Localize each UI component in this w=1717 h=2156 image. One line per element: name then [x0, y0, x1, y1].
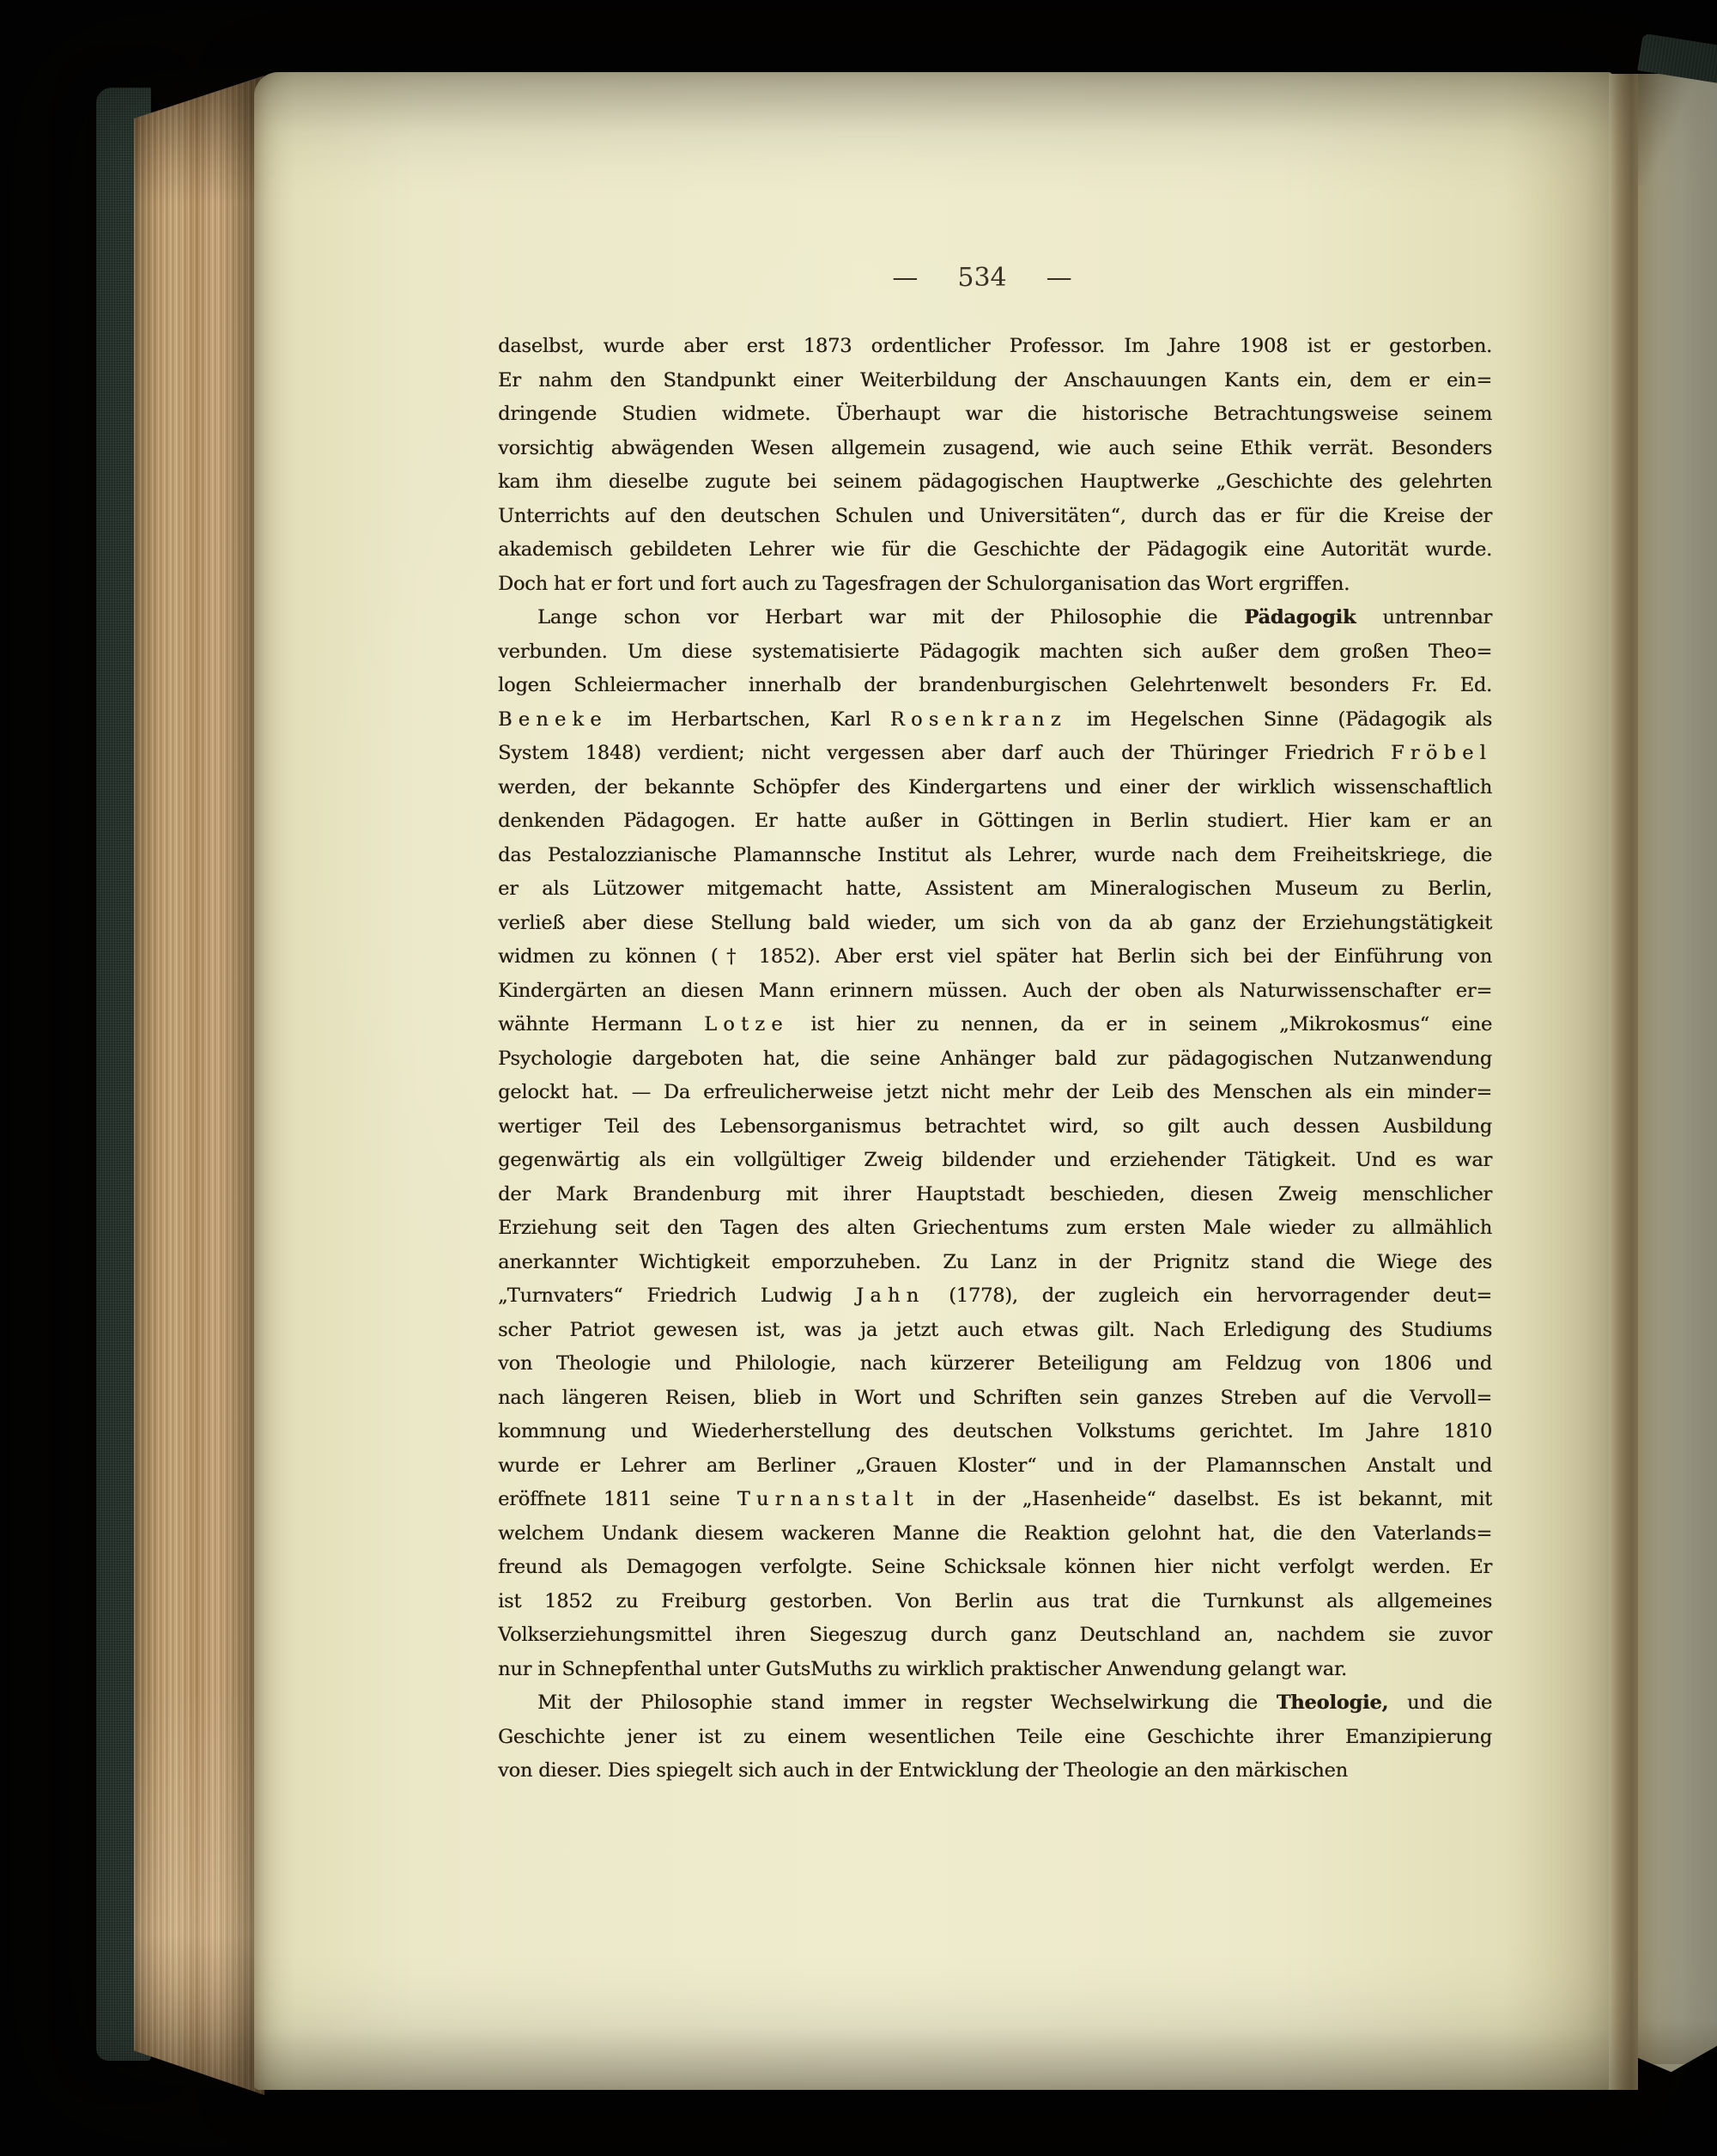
text-run: anerkannter Wichtigkeit emporzuheben. Zu… [498, 1251, 1492, 1273]
text-run: wähnte Hermann [498, 1013, 704, 1035]
text-run: nach längeren Reisen, blieb in Wort und … [498, 1387, 1492, 1409]
text-run: ist 1852 zu Freiburg gestorben. Von Berl… [498, 1590, 1492, 1612]
text-line: Lange schon vor Herbart war mit der Phil… [498, 601, 1492, 635]
text-run: scher Patriot gewesen ist, was ja jetzt … [498, 1319, 1492, 1341]
letterspaced-name: Rosenkranz [890, 708, 1067, 731]
text-line: freund als Demagogen verfolgte. Seine Sc… [498, 1551, 1492, 1585]
header-dash-right: — [1047, 263, 1072, 293]
text-run: vorsichtig abwägenden Wesen allgemein zu… [498, 437, 1492, 459]
text-run: eröffnete 1811 seine [498, 1488, 737, 1510]
text-run: wertiger Teil des Lebensorganismus betra… [498, 1115, 1492, 1138]
text-run: kam ihm dieselbe zugute bei seinem pädag… [498, 471, 1492, 493]
text-run: Geschichte jener ist zu einem wesentlich… [498, 1726, 1492, 1748]
text-line: der Mark Brandenburg mit ihrer Hauptstad… [498, 1178, 1492, 1212]
text-run: untrennbar [1356, 606, 1492, 629]
text-run: Lange schon vor Herbart war mit der Phil… [537, 606, 1244, 629]
text-line: wertiger Teil des Lebensorganismus betra… [498, 1110, 1492, 1145]
gutter-shadow [1609, 74, 1638, 2090]
text-run: Doch hat er fort und fort auch zu Tagesf… [498, 573, 1350, 595]
text-line: akademisch gebildeten Lehrer wie für die… [498, 533, 1492, 568]
text-line: verließ aber diese Stellung bald wieder,… [498, 907, 1492, 941]
text-block: daselbst, wurde aber erst 1873 ordentlic… [498, 330, 1492, 1789]
text-line: dringende Studien widmete. Überhaupt war… [498, 398, 1492, 432]
text-line: gelockt hat. — Da erfreulicherweise jetz… [498, 1076, 1492, 1110]
text-run: er als Lützower mitgemacht hatte, Assist… [498, 878, 1492, 900]
text-line: vorsichtig abwägenden Wesen allgemein zu… [498, 432, 1492, 466]
text-run: denkenden Pädagogen. Er hatte außer in G… [498, 810, 1492, 832]
text-run: Psychologie dargeboten hat, die seine An… [498, 1048, 1492, 1070]
text-run: in der „Hasenheide“ daselbst. Es ist bek… [919, 1488, 1492, 1510]
text-run: gegenwärtig als ein vollgültiger Zweig b… [498, 1149, 1492, 1171]
text-run: verließ aber diese Stellung bald wieder,… [498, 912, 1492, 934]
text-run: werden, der bekannte Schöpfer des Kinder… [498, 776, 1492, 799]
text-line: Kindergärten an diesen Mann erinnern müs… [498, 975, 1492, 1009]
text-run: daselbst, wurde aber erst 1873 ordentlic… [498, 335, 1492, 357]
text-run: „Turnvaters“ Friedrich Ludwig [498, 1284, 856, 1307]
letterspaced-name: Beneke [498, 708, 608, 731]
text-run: Kindergärten an diesen Mann erinnern müs… [498, 980, 1492, 1002]
text-run: System 1848) verdient; nicht vergessen a… [498, 742, 1391, 764]
left-page: — 534 — daselbst, wurde aber erst 1873 o… [254, 72, 1612, 2090]
text-line: er als Lützower mitgemacht hatte, Assist… [498, 872, 1492, 907]
text-run: im Hegelschen Sinne (Pädagogik als [1067, 708, 1492, 731]
text-line: kam ihm dieselbe zugute bei seinem pädag… [498, 465, 1492, 500]
text-line: das Pestalozzianische Plamannsche Instit… [498, 839, 1492, 873]
text-run: der Mark Brandenburg mit ihrer Hauptstad… [498, 1183, 1492, 1206]
text-line: Doch hat er fort und fort auch zu Tagesf… [498, 568, 1492, 602]
text-line: anerkannter Wichtigkeit emporzuheben. Zu… [498, 1246, 1492, 1280]
text-line: wähnte Hermann Lotze ist hier zu nennen,… [498, 1008, 1492, 1042]
text-line: ist 1852 zu Freiburg gestorben. Von Berl… [498, 1585, 1492, 1619]
text-run: nur in Schnepfenthal unter GutsMuths zu … [498, 1658, 1347, 1680]
letterspaced-name: Jahn [856, 1284, 925, 1307]
text-run: dringende Studien widmete. Überhaupt war… [498, 403, 1492, 425]
text-run: logen Schleiermacher innerhalb der brand… [498, 674, 1492, 696]
text-line: kommnung und Wiederherstellung des deuts… [498, 1415, 1492, 1449]
text-line: nach längeren Reisen, blieb in Wort und … [498, 1382, 1492, 1416]
header-dash-left: — [892, 263, 918, 293]
text-run: verbunden. Um diese systematisierte Päda… [498, 641, 1492, 663]
text-run: Erziehung seit den Tagen des alten Griec… [498, 1217, 1492, 1239]
text-run: welchem Undank diesem wackeren Manne die… [498, 1522, 1492, 1545]
text-run: kommnung und Wiederherstellung des deuts… [498, 1420, 1492, 1442]
text-line: denkenden Pädagogen. Er hatte außer in G… [498, 805, 1492, 839]
page-number: 534 [957, 263, 1006, 293]
text-line: Mit der Philosophie stand immer in regst… [498, 1686, 1492, 1721]
text-run: und die [1388, 1691, 1492, 1714]
bold-term: Pädagogik [1244, 606, 1356, 629]
text-run: Er nahm den Standpunkt einer Weiterbildu… [498, 369, 1492, 392]
letterspaced-name: Fröbel [1391, 742, 1492, 764]
text-line: daselbst, wurde aber erst 1873 ordentlic… [498, 330, 1492, 364]
bold-term: Theologie, [1277, 1691, 1388, 1714]
text-run: im Herbartschen, Karl [608, 708, 890, 731]
text-line: „Turnvaters“ Friedrich Ludwig Jahn (1778… [498, 1279, 1492, 1314]
text-run: (1778), der zugleich ein hervorragender … [925, 1284, 1492, 1307]
text-run: Unterrichts auf den deutschen Schulen un… [498, 505, 1492, 527]
book-scan: — 534 — daselbst, wurde aber erst 1873 o… [0, 0, 1717, 2156]
text-run: gelockt hat. — Da erfreulicherweise jetz… [498, 1081, 1492, 1103]
text-line: widmen zu können († 1852). Aber erst vie… [498, 940, 1492, 975]
text-run: von dieser. Dies spiegelt sich auch in d… [498, 1759, 1348, 1782]
text-line: System 1848) verdient; nicht vergessen a… [498, 737, 1492, 771]
text-line: eröffnete 1811 seine Turnanstalt in der … [498, 1483, 1492, 1517]
text-run: das Pestalozzianische Plamannsche Instit… [498, 844, 1492, 866]
text-line: wurde er Lehrer am Berliner „Grauen Klos… [498, 1449, 1492, 1484]
right-page-sliver [1638, 74, 1717, 2088]
text-line: von Theologie und Philologie, nach kürze… [498, 1347, 1492, 1382]
text-line: werden, der bekannte Schöpfer des Kinder… [498, 771, 1492, 805]
text-line: Geschichte jener ist zu einem wesentlich… [498, 1721, 1492, 1755]
text-line: von dieser. Dies spiegelt sich auch in d… [498, 1754, 1492, 1789]
text-line: Psychologie dargeboten hat, die seine An… [498, 1042, 1492, 1077]
text-line: Unterrichts auf den deutschen Schulen un… [498, 500, 1492, 534]
text-line: Volkserziehungsmittel ihren Siegeszug du… [498, 1619, 1492, 1653]
text-run: Volkserziehungsmittel ihren Siegeszug du… [498, 1624, 1492, 1646]
text-run: von Theologie und Philologie, nach kürze… [498, 1352, 1492, 1375]
text-run: Mit der Philosophie stand immer in regst… [537, 1691, 1277, 1714]
text-line: verbunden. Um diese systematisierte Päda… [498, 635, 1492, 670]
text-line: gegenwärtig als ein vollgültiger Zweig b… [498, 1144, 1492, 1178]
text-run: akademisch gebildeten Lehrer wie für die… [498, 538, 1492, 561]
text-run: wurde er Lehrer am Berliner „Grauen Klos… [498, 1455, 1492, 1477]
text-run: freund als Demagogen verfolgte. Seine Sc… [498, 1556, 1492, 1578]
page-stack-fore-edge [134, 76, 264, 2095]
text-line: Er nahm den Standpunkt einer Weiterbildu… [498, 364, 1492, 398]
text-line: welchem Undank diesem wackeren Manne die… [498, 1517, 1492, 1552]
page-header: — 534 — [498, 263, 1466, 293]
text-line: nur in Schnepfenthal unter GutsMuths zu … [498, 1653, 1492, 1687]
letterspaced-name: Turnanstalt [737, 1488, 919, 1510]
text-run: widmen zu können († 1852). Aber erst vie… [498, 945, 1492, 968]
text-line: scher Patriot gewesen ist, was ja jetzt … [498, 1314, 1492, 1348]
text-line: Beneke im Herbartschen, Karl Rosenkranz … [498, 703, 1492, 738]
text-line: logen Schleiermacher innerhalb der brand… [498, 669, 1492, 703]
letterspaced-name: Lotze [704, 1013, 789, 1035]
text-run: ist hier zu nennen, da er in seinem „Mik… [789, 1013, 1492, 1035]
text-line: Erziehung seit den Tagen des alten Griec… [498, 1212, 1492, 1246]
